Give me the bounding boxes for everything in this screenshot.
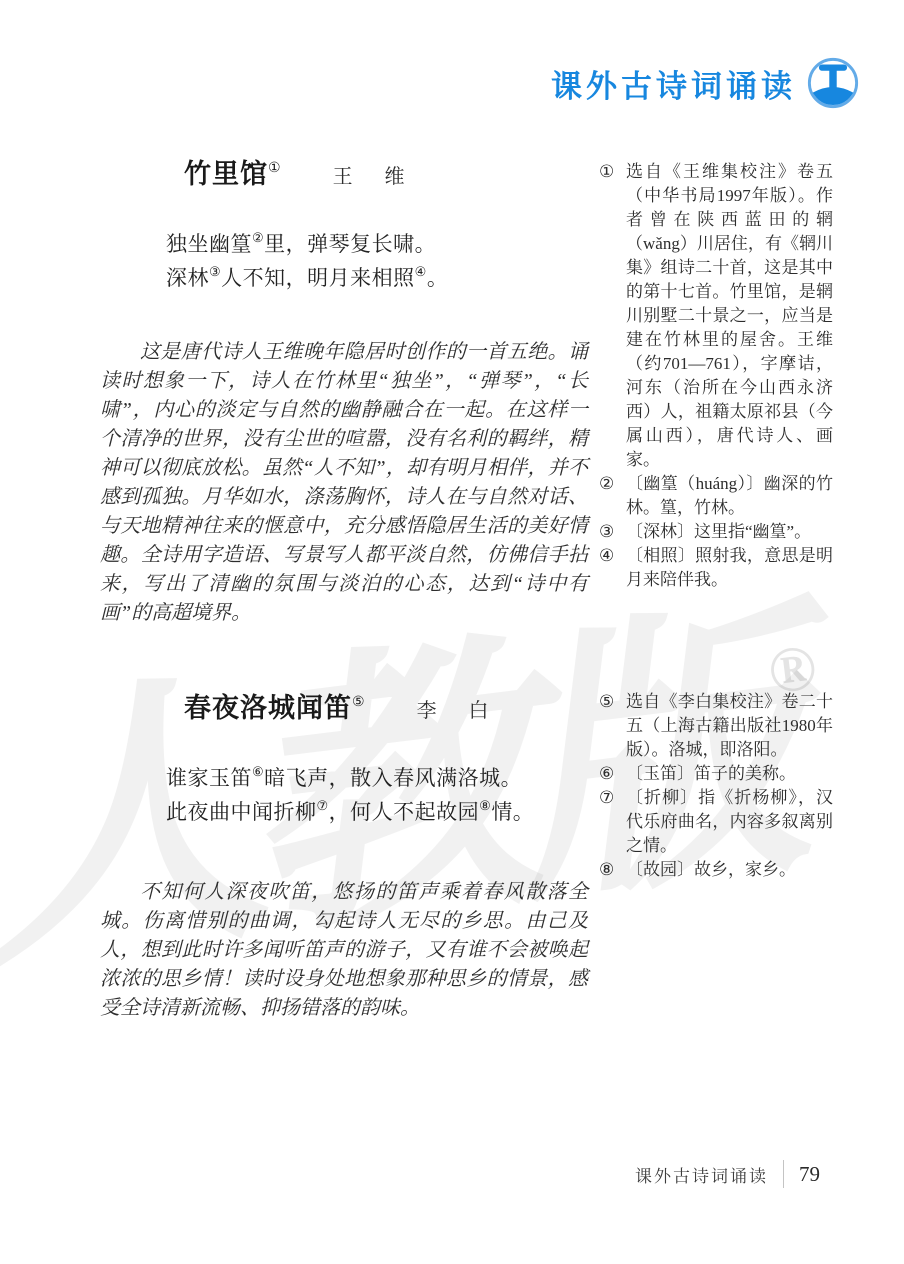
annotation-text: 〔玉笛〕笛子的美称。 bbox=[626, 762, 833, 786]
annotation-text: 〔深林〕这里指“幽篁”。 bbox=[626, 520, 833, 544]
annotation-text: 〔幽篁（huáng）〕幽深的竹林。篁，竹林。 bbox=[626, 472, 833, 520]
annotations-group-2: ⑤选自《李白集校注》卷二十五（上海古籍出版社1980年版）。洛城，即洛阳。⑥〔玉… bbox=[599, 690, 833, 882]
poem-head: 竹里馆① 王 维 bbox=[184, 152, 600, 191]
footnote-ref: ⑦ bbox=[317, 798, 329, 813]
unit-header: 课外古诗词诵读 bbox=[551, 56, 860, 110]
poem-lines: 谁家玉笛⑥暗飞声，散入春风满洛城。此夜曲中闻折柳⑦，何人不起故园⑧情。 bbox=[166, 761, 600, 829]
annotation-number: ④ bbox=[599, 544, 626, 568]
annotation-item: ④〔相照〕照射我，意思是明月来陪伴我。 bbox=[599, 544, 833, 592]
poem-lines: 独坐幽篁②里，弹琴复长啸。深林③人不知，明月来相照④。 bbox=[166, 227, 600, 295]
annotation-text: 〔故园〕故乡，家乡。 bbox=[626, 858, 833, 882]
poem-section-2: 春夜洛城闻笛⑤ 李 白 谁家玉笛⑥暗飞声，散入春风满洛城。此夜曲中闻折柳⑦，何人… bbox=[100, 686, 600, 829]
anchor-icon bbox=[806, 56, 860, 110]
footnote-ref: ⑥ bbox=[252, 764, 264, 779]
footnote-ref: ⑧ bbox=[479, 798, 491, 813]
unit-title: 课外古诗词诵读 bbox=[551, 61, 796, 106]
annotation-number: ⑥ bbox=[599, 762, 626, 786]
annotation-text: 选自《李白集校注》卷二十五（上海古籍出版社1980年版）。洛城，即洛阳。 bbox=[626, 690, 833, 762]
annotation-number: ③ bbox=[599, 520, 626, 544]
annotation-item: ⑤选自《李白集校注》卷二十五（上海古籍出版社1980年版）。洛城，即洛阳。 bbox=[599, 690, 833, 762]
annotation-number: ⑦ bbox=[599, 786, 626, 810]
poem-author: 王 维 bbox=[333, 160, 411, 189]
page-footer: 课外古诗词诵读 79 bbox=[635, 1160, 820, 1188]
annotation-number: ⑤ bbox=[599, 690, 626, 714]
annotation-text: 选自《王维集校注》卷五（中华书局1997年版）。作者曾在陕西蓝田的辋（wǎng）… bbox=[626, 160, 833, 472]
annotation-number: ② bbox=[599, 472, 626, 496]
page-number: 79 bbox=[799, 1162, 820, 1187]
commentary-paragraph: 不知何人深夜吹笛，悠扬的笛声乘着春风散落全城。伤离惜别的曲调，勾起诗人无尽的乡思… bbox=[100, 878, 588, 1023]
poem-heading: 竹里馆① bbox=[184, 152, 281, 191]
poem-title: 竹里馆 bbox=[184, 159, 268, 189]
annotations-group-1: ①选自《王维集校注》卷五（中华书局1997年版）。作者曾在陕西蓝田的辋（wǎng… bbox=[599, 160, 833, 592]
annotation-item: ②〔幽篁（huáng）〕幽深的竹林。篁，竹林。 bbox=[599, 472, 833, 520]
annotation-item: ⑦〔折柳〕指《折杨柳》，汉代乐府曲名，内容多叙离别之情。 bbox=[599, 786, 833, 858]
annotation-item: ⑥〔玉笛〕笛子的美称。 bbox=[599, 762, 833, 786]
poem-section-1: 竹里馆① 王 维 独坐幽篁②里，弹琴复长啸。深林③人不知，明月来相照④。 bbox=[100, 152, 600, 295]
textbook-page: 人教版® 课外古诗词诵读 竹里馆① 王 维 独坐幽篁②里，弹琴复长啸。深林③人不… bbox=[0, 0, 904, 1264]
annotation-text: 〔相照〕照射我，意思是明月来陪伴我。 bbox=[626, 544, 833, 592]
annotation-number: ⑧ bbox=[599, 858, 626, 882]
footnote-ref: ① bbox=[268, 161, 281, 176]
poem-title: 春夜洛城闻笛 bbox=[184, 693, 352, 723]
poem-line: 独坐幽篁②里，弹琴复长啸。 bbox=[166, 227, 600, 261]
poem-line: 此夜曲中闻折柳⑦，何人不起故园⑧情。 bbox=[166, 795, 600, 829]
annotation-item: ①选自《王维集校注》卷五（中华书局1997年版）。作者曾在陕西蓝田的辋（wǎng… bbox=[599, 160, 833, 472]
commentary-paragraph: 这是唐代诗人王维晚年隐居时创作的一首五绝。诵读时想象一下，诗人在竹林里“独坐”，… bbox=[100, 338, 588, 628]
footnote-ref: ③ bbox=[209, 264, 221, 279]
poem-author: 李 白 bbox=[417, 694, 495, 723]
footnote-ref: ⑤ bbox=[352, 695, 365, 710]
poem-heading: 春夜洛城闻笛⑤ bbox=[184, 686, 365, 725]
annotation-item: ⑧〔故园〕故乡，家乡。 bbox=[599, 858, 833, 882]
annotation-text: 〔折柳〕指《折杨柳》，汉代乐府曲名，内容多叙离别之情。 bbox=[626, 786, 833, 858]
poem-head: 春夜洛城闻笛⑤ 李 白 bbox=[184, 686, 600, 725]
footer-divider bbox=[783, 1160, 784, 1188]
footnote-ref: ② bbox=[252, 230, 264, 245]
footer-section-label: 课外古诗词诵读 bbox=[635, 1162, 768, 1187]
annotation-item: ③〔深林〕这里指“幽篁”。 bbox=[599, 520, 833, 544]
footnote-ref: ④ bbox=[415, 264, 427, 279]
annotation-number: ① bbox=[599, 160, 626, 184]
poem-line: 深林③人不知，明月来相照④。 bbox=[166, 261, 600, 295]
poem-line: 谁家玉笛⑥暗飞声，散入春风满洛城。 bbox=[166, 761, 600, 795]
